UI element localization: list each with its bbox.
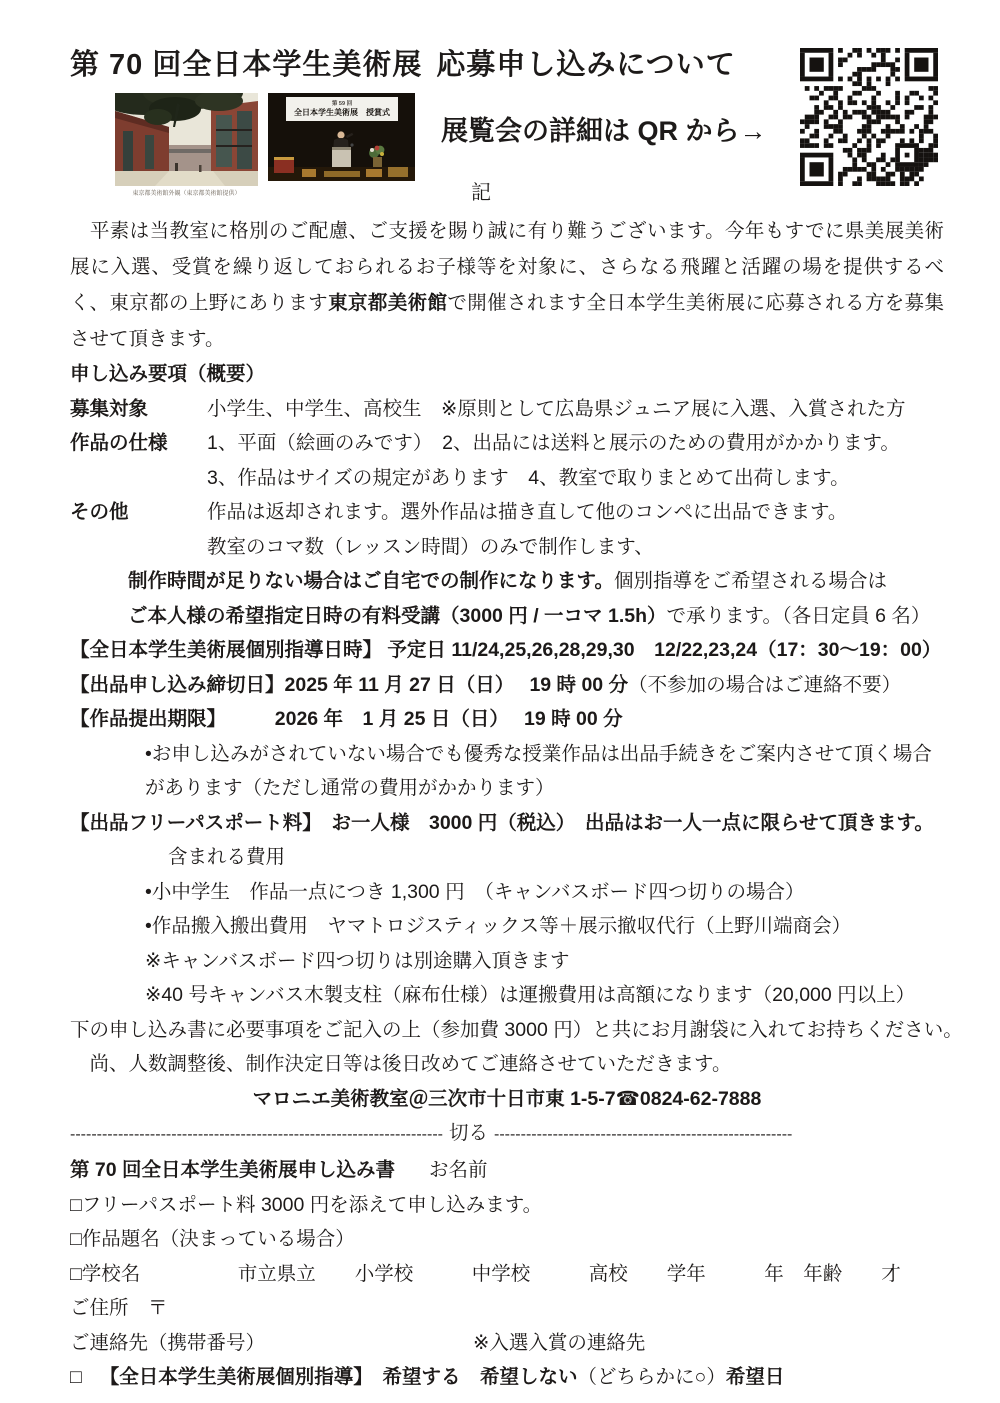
- cut-line-dashes-right: ----------------------------------------…: [494, 1126, 792, 1143]
- memo-mark: 記: [471, 176, 767, 205]
- outline-label-spec: 作品の仕様: [70, 426, 207, 495]
- qr-pointer-text: 展覧会の詳細は QR から→: [441, 109, 767, 148]
- outline-line: 小学生、中学生、高校生 ※原則として広島県ジュニア展に入選、入賞された方: [207, 392, 944, 427]
- outline-row-other: その他 作品は返却されます。選外作品は描き直して他のコンペに出品できます。 教室…: [70, 495, 944, 564]
- photo-group: 東京都美術館外観（東京都美術館提供） 第 59 回 全日本学生美術展 授賞式: [115, 93, 415, 197]
- outline-label-other: その他: [70, 495, 207, 564]
- cut-line-dashes-left: ----------------------------------------…: [70, 1126, 443, 1143]
- form-contact-row: ご連絡先（携帯番号）※入選入賞の連絡先: [70, 1326, 944, 1361]
- fees-item-students: •小中学生 作品一点につき 1,300 円 （キャンバスボード四つ切りの場合）: [70, 875, 944, 910]
- cut-line-label: 切る: [443, 1122, 494, 1144]
- form-address-row: ご住所 〒: [70, 1291, 944, 1326]
- schedule-guidance-dates: 【全日本学生美術展個別指導日時】 予定日 11/24,25,26,28,29,3…: [70, 633, 944, 668]
- outline-line: 教室のコマ数（レッスン時間）のみで制作します、: [207, 530, 944, 565]
- form-title: 第 70 回全日本学生美術展申し込み書: [70, 1159, 395, 1181]
- form-guidance-checkbox: □: [70, 1366, 82, 1388]
- closing-instruction: 下の申し込み書に必要事項をご記入の上（参加費 3000 円）と共にお月謝袋に入れ…: [70, 1013, 944, 1048]
- flyer-page: 第 70 回全日本学生美術展 応募申し込みについて: [0, 0, 1000, 1403]
- form-title-row: 第 70 回全日本学生美術展申し込み書お名前: [70, 1153, 944, 1188]
- outline-line: 3、作品はサイズの規定があります 4、教室で取りまとめて出荷します。: [207, 461, 944, 496]
- fees-item-canvas-note: ※キャンバスボード四つ切りは別途購入頂きます: [70, 944, 944, 979]
- museum-photo-block: 東京都美術館外観（東京都美術館提供）: [115, 93, 258, 197]
- cut-line: ----------------------------------------…: [70, 1116, 944, 1152]
- studio-contact: マロニエ美術教室＠三次市十日市東 1-5-7☎0824-62-7888: [70, 1082, 944, 1117]
- ceremony-banner-main-text: 全日本学生美術展 授賞式: [294, 107, 390, 117]
- fees-headline: 【出品フリーパスポート料】 お一人様 3000 円（税込） 出品はお一人一点に限…: [70, 806, 944, 841]
- ceremony-photo: 第 59 回 全日本学生美術展 授賞式: [268, 93, 415, 181]
- ceremony-photo-block: 第 59 回 全日本学生美術展 授賞式: [268, 93, 415, 197]
- form-check-artwork-title: □作品題名（決まっている場合）: [70, 1222, 944, 1257]
- outline-line: 作品は返却されます。選外作品は描き直して他のコンペに出品できます。: [207, 495, 944, 530]
- outline-line: 1、平面（絵画のみです） 2、出品には送料と展示のための費用がかかります。: [207, 426, 944, 461]
- page-title-right: 応募申し込みについて: [436, 42, 735, 83]
- form-guidance-circle-note: （どちらかに○）: [578, 1366, 726, 1388]
- closing-followup: 尚、人数調整後、制作決定日等は後日改めてご連絡させていただきます。: [70, 1047, 944, 1082]
- museum-photo-caption: 東京都美術館外観（東京都美術館提供）: [115, 188, 258, 197]
- form-school-row: □学校名 市立県立 小学校 中学校 高校 学年 年 年齢 才: [70, 1257, 944, 1292]
- detail-column: 展覧会の詳細は QR から→ 記: [441, 93, 767, 205]
- schedule-submission-deadline: 【作品提出期限】 2026 年 1 月 25 日（日） 19 時 00 分: [70, 702, 944, 737]
- outline-heading: 申し込み要項（概要）: [70, 357, 944, 392]
- note-paid-lesson-bold: ご本人様の希望指定日時の有料受講（3000 円 / 一コマ 1.5h）: [128, 605, 667, 627]
- fees-item-shipping: •作品搬入搬出費用 ヤマトロジスティックス等＋展示撤収代行（上野川端商会）: [70, 909, 944, 944]
- outline-cells: 小学生、中学生、高校生 ※原則として広島県ジュニア展に入選、入賞された方: [207, 392, 944, 427]
- page-title-left: 第 70 回全日本学生美術展: [70, 42, 422, 83]
- form-contact-note: ※入選入賞の連絡先: [473, 1332, 645, 1354]
- museum-photo: [115, 93, 258, 186]
- schedule-note-line2: があります（ただし通常の費用がかかります）: [70, 771, 944, 806]
- outline-cells: 作品は返却されます。選外作品は描き直して他のコンペに出品できます。 教室のコマ数…: [207, 495, 944, 564]
- schedule-entry-deadline-rest: （不参加の場合はご連絡不要）: [628, 674, 901, 696]
- form-name-label: お名前: [429, 1159, 488, 1181]
- page-title: 第 70 回全日本学生美術展 応募申し込みについて: [70, 42, 944, 83]
- outline-label-target: 募集対象: [70, 392, 207, 427]
- fees-included-label: 含まれる費用: [70, 840, 944, 875]
- note-homework-bold: 制作時間が足りない場合はご自宅での制作になります。: [128, 570, 614, 592]
- form-check-fee: □フリーパスポート料 3000 円を添えて申し込みます。: [70, 1188, 944, 1223]
- outline-cells: 1、平面（絵画のみです） 2、出品には送料と展示のための費用がかかります。 3、…: [207, 426, 944, 495]
- outline-row-spec: 作品の仕様 1、平面（絵画のみです） 2、出品には送料と展示のための費用がかかり…: [70, 426, 944, 495]
- intro-museum-bold: 東京都美術館: [328, 292, 447, 314]
- note-homework: 制作時間が足りない場合はご自宅での制作になります。個別指導をご希望される場合は: [70, 564, 944, 599]
- form-guidance-options: 【全日本学生美術展個別指導】 希望する 希望しない: [100, 1366, 578, 1388]
- note-paid-lesson-rest: で承ります。（各日定員 6 名）: [667, 605, 931, 627]
- form-guidance-row: □【全日本学生美術展個別指導】 希望する 希望しない（どちらかに○）希望日: [70, 1360, 944, 1395]
- note-homework-rest: 個別指導をご希望される場合は: [614, 570, 887, 592]
- note-paid-lesson: ご本人様の希望指定日時の有料受講（3000 円 / 一コマ 1.5h）で承ります…: [70, 599, 944, 634]
- schedule-note-line1: •お申し込みがされていない場合でも優秀な授業作品は出品手続きをご案内させて頂く場…: [70, 737, 944, 772]
- page-content: 第 70 回全日本学生美術展 応募申し込みについて: [70, 42, 944, 1395]
- form-guidance-date-label: 希望日: [726, 1366, 785, 1388]
- schedule-entry-deadline-bold: 【出品申し込み締切日】2025 年 11 月 27 日（日） 19 時 00 分: [70, 674, 628, 696]
- outline-row-target: 募集対象 小学生、中学生、高校生 ※原則として広島県ジュニア展に入選、入賞された…: [70, 392, 944, 427]
- fees-item-large-canvas-note: ※40 号キャンバス木製支柱（麻布仕様）は運搬費用は高額になります（20,000…: [70, 978, 944, 1013]
- form-contact-label: ご連絡先（携帯番号）: [70, 1332, 265, 1354]
- ceremony-banner-top-text: 第 59 回: [332, 99, 353, 107]
- intro-paragraph: 平素は当教室に格別のご配慮、ご支援を賜り誠に有り難うございます。今年もすでに県美…: [70, 213, 944, 357]
- media-row: 東京都美術館外観（東京都美術館提供） 第 59 回 全日本学生美術展 授賞式: [70, 93, 944, 205]
- schedule-entry-deadline: 【出品申し込み締切日】2025 年 11 月 27 日（日） 19 時 00 分…: [70, 668, 944, 703]
